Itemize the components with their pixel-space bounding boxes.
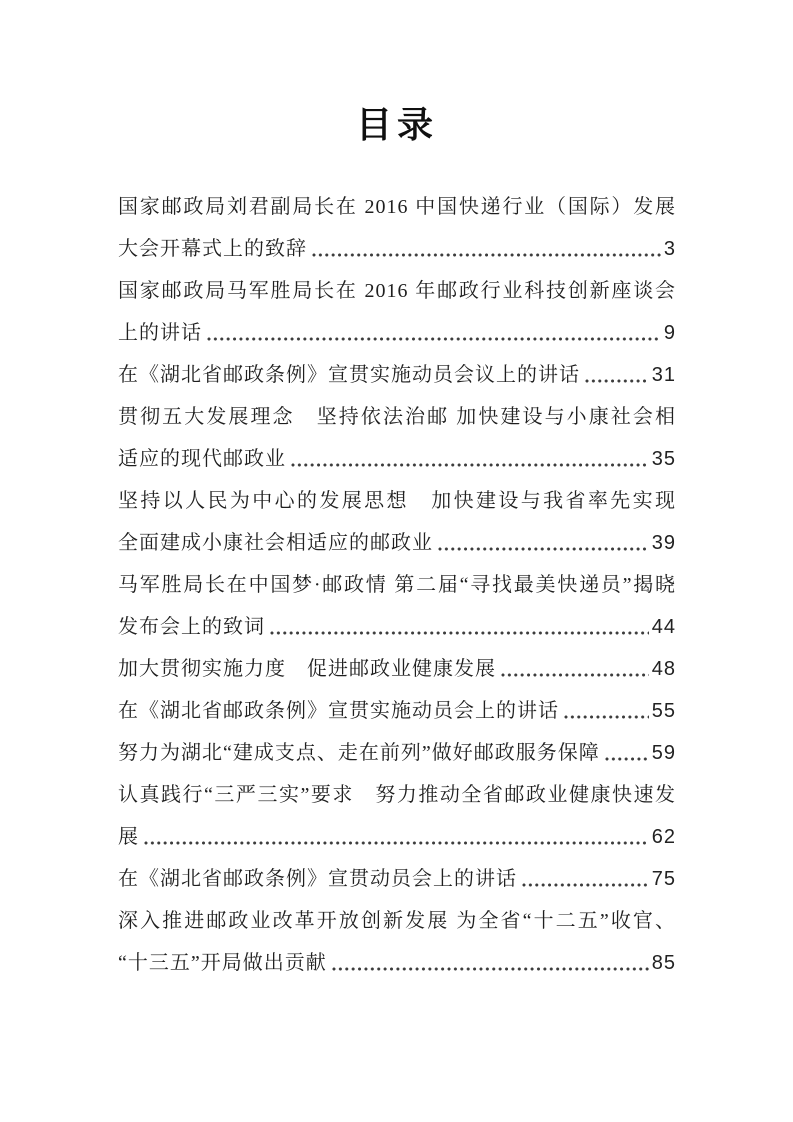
toc-entry-title: 在《湖北省邮政条例》宣贯实施动员会上的讲话 <box>118 690 559 732</box>
toc-entry-last-line: 努力为湖北“建成支点、走在前列”做好邮政服务保障 59 <box>118 732 676 774</box>
toc-entry-wrapped-line: 国家邮政局刘君副局长在 2016 中国快递行业（国际）发展 <box>118 186 676 228</box>
toc-entry-title: 上的讲话 <box>118 312 202 354</box>
toc-entry-last-line: 在《湖北省邮政条例》宣贯实施动员会议上的讲话 31 <box>118 354 676 396</box>
toc-entry[interactable]: 在《湖北省邮政条例》宣贯实施动员会上的讲话 55 <box>118 690 676 732</box>
toc-entry-last-line: 全面建成小康社会相适应的邮政业 39 <box>118 522 676 564</box>
toc-entry-page-number: 59 <box>652 732 676 774</box>
dot-leader <box>291 463 649 467</box>
toc-entry-last-line: 适应的现代邮政业 35 <box>118 438 676 480</box>
toc-content: 目录 国家邮政局刘君副局长在 2016 中国快递行业（国际）发展 大会开幕式上的… <box>118 100 676 984</box>
toc-entry-wrapped-lines: 坚持以人民为中心的发展思想 加快建设与我省率先实现 <box>118 480 676 522</box>
toc-entry[interactable]: 认真践行“三严三实”要求 努力推动全省邮政业健康快速发 展 62 <box>118 774 676 858</box>
toc-entry-last-line: 展 62 <box>118 816 676 858</box>
dot-leader <box>144 841 649 845</box>
toc-entry[interactable]: 国家邮政局马军胜局长在 2016 年邮政行业科技创新座谈会 上的讲话 9 <box>118 270 676 354</box>
toc-entry-page-number: 31 <box>652 354 676 396</box>
toc-entry-last-line: 上的讲话 9 <box>118 312 676 354</box>
toc-entry-wrapped-lines: 国家邮政局马军胜局长在 2016 年邮政行业科技创新座谈会 <box>118 270 676 312</box>
toc-entry-page-number: 48 <box>652 648 676 690</box>
toc-entry[interactable]: 在《湖北省邮政条例》宣贯动员会上的讲话 75 <box>118 858 676 900</box>
document-page: 目录 国家邮政局刘君副局长在 2016 中国快递行业（国际）发展 大会开幕式上的… <box>0 0 793 1122</box>
dot-leader <box>270 631 649 635</box>
toc-entry-title: 在《湖北省邮政条例》宣贯实施动员会议上的讲话 <box>118 354 580 396</box>
dot-leader <box>332 967 649 971</box>
toc-entry[interactable]: 努力为湖北“建成支点、走在前列”做好邮政服务保障 59 <box>118 732 676 774</box>
toc-entry-title: 适应的现代邮政业 <box>118 438 286 480</box>
toc-entry-last-line: 在《湖北省邮政条例》宣贯动员会上的讲话 75 <box>118 858 676 900</box>
toc-entry-last-line: 在《湖北省邮政条例》宣贯实施动员会上的讲话 55 <box>118 690 676 732</box>
page-title: 目录 <box>118 100 676 150</box>
toc-entry-wrapped-line: 深入推进邮政业改革开放创新发展 为全省“十二五”收官、 <box>118 900 676 942</box>
dot-leader <box>585 379 649 383</box>
toc-entry-wrapped-line: 马军胜局长在中国梦·邮政情 第二届“寻找最美快递员”揭晓 <box>118 564 676 606</box>
toc-entry-page-number: 44 <box>652 606 676 648</box>
toc-entry-page-number: 85 <box>652 942 676 984</box>
toc-entry-page-number: 62 <box>652 816 676 858</box>
toc-entry-page-number: 55 <box>652 690 676 732</box>
toc-entry[interactable]: 在《湖北省邮政条例》宣贯实施动员会议上的讲话 31 <box>118 354 676 396</box>
toc-entry-last-line: 发布会上的致词 44 <box>118 606 676 648</box>
dot-leader <box>605 757 649 761</box>
toc-entry-page-number: 3 <box>664 228 676 270</box>
toc-entry[interactable]: 坚持以人民为中心的发展思想 加快建设与我省率先实现 全面建成小康社会相适应的邮政… <box>118 480 676 564</box>
toc-entry[interactable]: 贯彻五大发展理念 坚持依法治邮 加快建设与小康社会相 适应的现代邮政业 35 <box>118 396 676 480</box>
toc-entry-last-line: “十三五”开局做出贡献 85 <box>118 942 676 984</box>
dot-leader <box>438 547 649 551</box>
toc-entry-last-line: 大会开幕式上的致辞 3 <box>118 228 676 270</box>
toc-entry-page-number: 9 <box>664 312 676 354</box>
toc-entry-wrapped-line: 坚持以人民为中心的发展思想 加快建设与我省率先实现 <box>118 480 676 522</box>
toc-entry-wrapped-lines: 国家邮政局刘君副局长在 2016 中国快递行业（国际）发展 <box>118 186 676 228</box>
toc-entry[interactable]: 深入推进邮政业改革开放创新发展 为全省“十二五”收官、 “十三五”开局做出贡献 … <box>118 900 676 984</box>
toc-entry[interactable]: 马军胜局长在中国梦·邮政情 第二届“寻找最美快递员”揭晓 发布会上的致词 44 <box>118 564 676 648</box>
toc-entry-wrapped-lines: 认真践行“三严三实”要求 努力推动全省邮政业健康快速发 <box>118 774 676 816</box>
toc-entry-wrapped-lines: 马军胜局长在中国梦·邮政情 第二届“寻找最美快递员”揭晓 <box>118 564 676 606</box>
toc-entry[interactable]: 加大贯彻实施力度 促进邮政业健康发展 48 <box>118 648 676 690</box>
toc-entry-page-number: 35 <box>652 438 676 480</box>
toc-entry-last-line: 加大贯彻实施力度 促进邮政业健康发展 48 <box>118 648 676 690</box>
toc-entry-wrapped-line: 贯彻五大发展理念 坚持依法治邮 加快建设与小康社会相 <box>118 396 676 438</box>
toc-entry-page-number: 75 <box>652 858 676 900</box>
toc-entry-wrapped-line: 认真践行“三严三实”要求 努力推动全省邮政业健康快速发 <box>118 774 676 816</box>
toc-entry-title: 加大贯彻实施力度 促进邮政业健康发展 <box>118 648 496 690</box>
dot-leader <box>207 337 661 341</box>
dot-leader <box>501 673 649 677</box>
toc-entry-title: 努力为湖北“建成支点、走在前列”做好邮政服务保障 <box>118 732 600 774</box>
toc-entry-wrapped-lines: 贯彻五大发展理念 坚持依法治邮 加快建设与小康社会相 <box>118 396 676 438</box>
toc-entry-page-number: 39 <box>652 522 676 564</box>
toc-entry-title: 在《湖北省邮政条例》宣贯动员会上的讲话 <box>118 858 517 900</box>
toc-entry[interactable]: 国家邮政局刘君副局长在 2016 中国快递行业（国际）发展 大会开幕式上的致辞 … <box>118 186 676 270</box>
dot-leader <box>564 715 649 719</box>
toc-entry-wrapped-line: 国家邮政局马军胜局长在 2016 年邮政行业科技创新座谈会 <box>118 270 676 312</box>
toc-entry-wrapped-lines: 深入推进邮政业改革开放创新发展 为全省“十二五”收官、 <box>118 900 676 942</box>
toc-entry-title: 大会开幕式上的致辞 <box>118 228 307 270</box>
toc-list: 国家邮政局刘君副局长在 2016 中国快递行业（国际）发展 大会开幕式上的致辞 … <box>118 186 676 984</box>
dot-leader <box>522 883 649 887</box>
toc-entry-title: 展 <box>118 816 139 858</box>
toc-entry-title: “十三五”开局做出贡献 <box>118 942 327 984</box>
toc-entry-title: 发布会上的致词 <box>118 606 265 648</box>
dot-leader <box>312 253 661 257</box>
toc-entry-title: 全面建成小康社会相适应的邮政业 <box>118 522 433 564</box>
